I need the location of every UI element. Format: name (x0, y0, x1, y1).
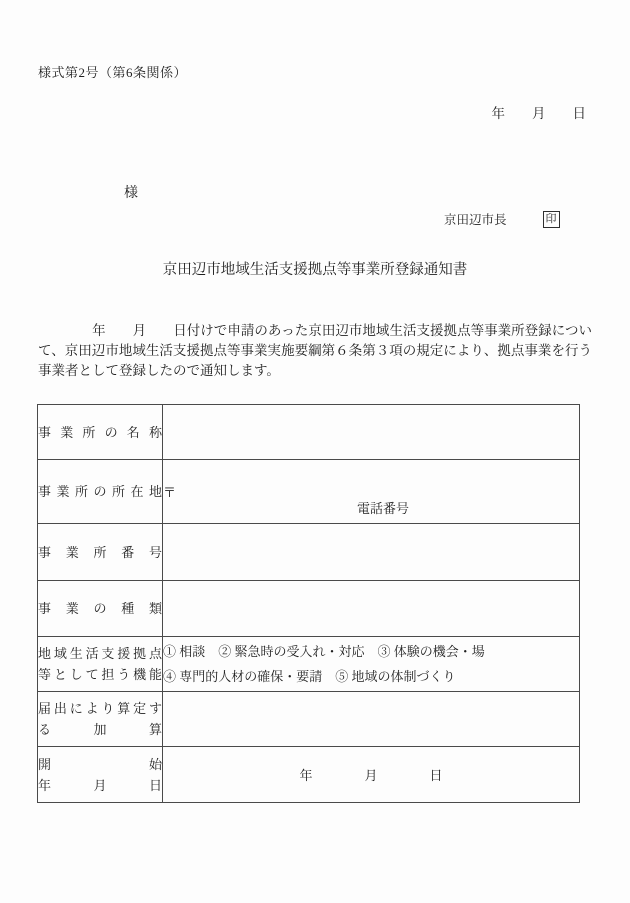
form-number: 様式第2号（第6条関係） (38, 62, 187, 81)
table-row: 届出により算定す る加算 (38, 692, 580, 747)
table-row: 事業所の名称 (38, 405, 580, 460)
label-line: 事業の種類 (38, 598, 162, 619)
document-title: 京田辺市地域生活支援拠点等事業所登録通知書 (0, 258, 630, 279)
label-start-date: 開始 年月日 (38, 747, 163, 803)
label-line: 開始 (38, 754, 162, 775)
label-line: 等として担う機能 (38, 664, 162, 685)
sender-title: 京田辺市長 (444, 210, 507, 228)
seal-mark-icon: 印 (543, 211, 560, 228)
table-row: 事業の種類 (38, 581, 580, 637)
label-line: 年月日 (38, 775, 162, 796)
label-line: 事業所の所在地 (38, 481, 162, 502)
document-page: 様式第2号（第6条関係） 年 月 日 様 京田辺市長 印 京田辺市地域生活支援拠… (0, 0, 630, 903)
sender-row: 京田辺市長 印 (444, 210, 560, 228)
label-support-functions: 地域生活支援拠点 等として担う機能 (38, 637, 163, 692)
label-office-address: 事業所の所在地 (38, 460, 163, 524)
value-office-name (163, 405, 580, 460)
label-business-type: 事業の種類 (38, 581, 163, 637)
value-business-type (163, 581, 580, 637)
body-line: て、京田辺市地域生活支援拠点等事業実施要綱第６条第３項の規定により、拠点事業を行… (38, 341, 592, 361)
label-notified-additions: 届出により算定す る加算 (38, 692, 163, 747)
addressee-honorific: 様 (124, 182, 138, 202)
seal-mark-label: 印 (546, 212, 557, 227)
functions-line: ① 相談 ② 緊急時の受入れ・対応 ③ 体験の機会・場 (163, 639, 579, 664)
functions-line: ④ 専門的人材の確保・要請 ⑤ 地域の体制づくり (163, 664, 579, 689)
table-row: 開始 年月日 年 月 日 (38, 747, 580, 803)
body-paragraph: 年 月 日付けで申請のあった京田辺市地域生活支援拠点等事業所登録につい て、京田… (38, 321, 592, 381)
label-line: 事業所番号 (38, 542, 162, 563)
label-office-number: 事業所番号 (38, 524, 163, 581)
body-line: 事業者として登録したので通知します。 (38, 361, 592, 381)
label-line: 地域生活支援拠点 (38, 643, 162, 664)
label-line: 事業所の名称 (38, 422, 162, 443)
table-row: 事業所の所在地 〒 電話番号 (38, 460, 580, 524)
value-support-functions: ① 相談 ② 緊急時の受入れ・対応 ③ 体験の機会・場 ④ 専門的人材の確保・要… (163, 637, 580, 692)
label-office-name: 事業所の名称 (38, 405, 163, 460)
value-office-address: 〒 電話番号 (163, 460, 580, 524)
registration-table: 事業所の名称 事業所の所在地 〒 電話番号 事業所番号 事業の種類 (37, 404, 580, 803)
table-row: 事業所番号 (38, 524, 580, 581)
label-line: る加算 (38, 719, 162, 740)
label-line: 届出により算定す (38, 698, 162, 719)
table-row: 地域生活支援拠点 等として担う機能 ① 相談 ② 緊急時の受入れ・対応 ③ 体験… (38, 637, 580, 692)
body-line: 年 月 日付けで申請のあった京田辺市地域生活支援拠点等事業所登録につい (38, 321, 592, 341)
phone-number-label: 電話番号 (357, 498, 409, 517)
value-notified-additions (163, 692, 580, 747)
value-office-number (163, 524, 580, 581)
value-start-date: 年 月 日 (163, 747, 580, 803)
issue-date-line: 年 月 日 (492, 102, 587, 122)
